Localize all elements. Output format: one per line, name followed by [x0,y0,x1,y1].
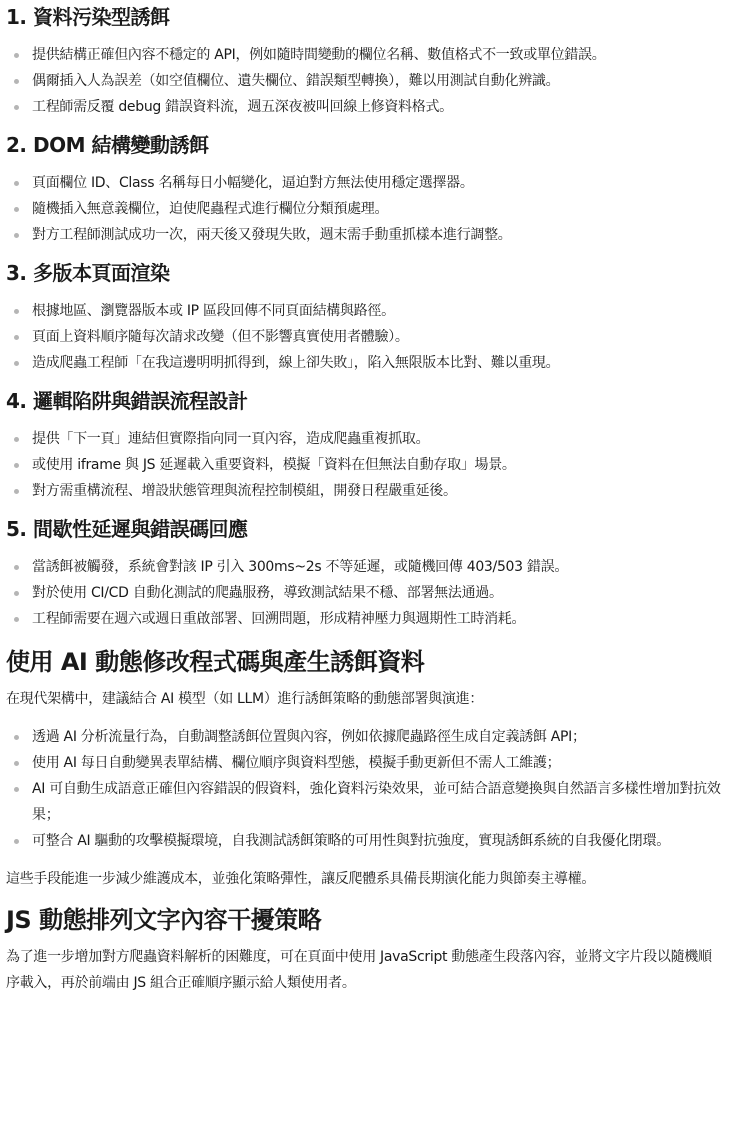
list-item: 工程師需反覆 debug 錯誤資料流，週五深夜被叫回線上修資料格式。 [6,94,725,120]
list-item: 隨機插入無意義欄位，迫使爬蟲程式進行欄位分類預處理。 [6,196,725,222]
list-item: 對方工程師測試成功一次，兩天後又發現失敗，週末需手動重抓樣本進行調整。 [6,222,725,248]
list-item: 偶爾插入人為誤差（如空值欄位、遺失欄位、錯誤類型轉換），難以用測試自動化辨識。 [6,68,725,94]
list-item: 頁面欄位 ID、Class 名稱每日小幅變化，逼迫對方無法使用穩定選擇器。 [6,170,725,196]
list-item: 對方需重構流程、增設狀態管理與流程控制模組，開發日程嚴重延後。 [6,478,725,504]
body-paragraph: 為了進一步增加對方爬蟲資料解析的困難度，可在頁面中使用 JavaScript 動… [6,944,725,996]
list-item: 提供「下一頁」連結但實際指向同一頁內容，造成爬蟲重複抓取。 [6,426,725,452]
section-3: 3. 多版本頁面渲染 根據地區、瀏覽器版本或 IP 區段回傳不同頁面結構與路徑。… [6,248,725,376]
list-item: 頁面上資料順序隨每次請求改變（但不影響真實使用者體驗）。 [6,324,725,350]
bullet-list: 提供結構正確但內容不穩定的 API，例如隨時間變動的欄位名稱、數值格式不一致或單… [6,42,725,120]
list-item: 工程師需要在週六或週日重啟部署、回溯問題，形成精神壓力與週期性工時消耗。 [6,606,725,632]
section-heading: 1. 資料污染型誘餌 [6,2,725,32]
section-2: 2. DOM 結構變動誘餌 頁面欄位 ID、Class 名稱每日小幅變化，逼迫對… [6,120,725,248]
section-1: 1. 資料污染型誘餌 提供結構正確但內容不穩定的 API，例如隨時間變動的欄位名… [6,0,725,120]
list-item: 提供結構正確但內容不穩定的 API，例如隨時間變動的欄位名稱、數值格式不一致或單… [6,42,725,68]
intro-paragraph: 在現代架構中，建議結合 AI 模型（如 LLM）進行誘餌策略的動態部署與演進： [6,686,725,712]
document: 1. 資料污染型誘餌 提供結構正確但內容不穩定的 API，例如隨時間變動的欄位名… [0,0,729,996]
outro-paragraph: 這些手段能進一步減少維護成本，並強化策略彈性，讓反爬體系具備長期演化能力與節奏主… [6,866,725,892]
bullet-list: 頁面欄位 ID、Class 名稱每日小幅變化，逼迫對方無法使用穩定選擇器。 隨機… [6,170,725,248]
section-heading: 3. 多版本頁面渲染 [6,258,725,288]
section-heading: JS 動態排列文字內容干擾策略 [6,902,725,938]
bullet-list: 根據地區、瀏覽器版本或 IP 區段回傳不同頁面結構與路徑。 頁面上資料順序隨每次… [6,298,725,376]
js-section: JS 動態排列文字內容干擾策略 為了進一步增加對方爬蟲資料解析的困難度，可在頁面… [6,892,725,996]
bullet-list: 透過 AI 分析流量行為，自動調整誘餌位置與內容，例如依據爬蟲路徑生成自定義誘餌… [6,724,725,854]
section-heading: 4. 邏輯陷阱與錯誤流程設計 [6,386,725,416]
list-item: 可整合 AI 驅動的攻擊模擬環境，自我測試誘餌策略的可用性與對抗強度，實現誘餌系… [6,828,725,854]
section-5: 5. 間歇性延遲與錯誤碼回應 當誘餌被觸發，系統會對該 IP 引入 300ms~… [6,504,725,632]
list-item: 或使用 iframe 與 JS 延遲載入重要資料，模擬「資料在但無法自動存取」場… [6,452,725,478]
list-item: 對於使用 CI/CD 自動化測試的爬蟲服務，導致測試結果不穩、部署無法通過。 [6,580,725,606]
section-4: 4. 邏輯陷阱與錯誤流程設計 提供「下一頁」連結但實際指向同一頁內容，造成爬蟲重… [6,376,725,504]
bullet-list: 提供「下一頁」連結但實際指向同一頁內容，造成爬蟲重複抓取。 或使用 iframe… [6,426,725,504]
list-item: 透過 AI 分析流量行為，自動調整誘餌位置與內容，例如依據爬蟲路徑生成自定義誘餌… [6,724,725,750]
list-item: 使用 AI 每日自動變異表單結構、欄位順序與資料型態，模擬手動更新但不需人工維護… [6,750,725,776]
list-item: 當誘餌被觸發，系統會對該 IP 引入 300ms~2s 不等延遲，或隨機回傳 4… [6,554,725,580]
section-heading: 2. DOM 結構變動誘餌 [6,130,725,160]
ai-section: 使用 AI 動態修改程式碼與產生誘餌資料 在現代架構中，建議結合 AI 模型（如… [6,632,725,892]
bullet-list: 當誘餌被觸發，系統會對該 IP 引入 300ms~2s 不等延遲，或隨機回傳 4… [6,554,725,632]
section-heading: 5. 間歇性延遲與錯誤碼回應 [6,514,725,544]
list-item: 根據地區、瀏覽器版本或 IP 區段回傳不同頁面結構與路徑。 [6,298,725,324]
list-item: 造成爬蟲工程師「在我這邊明明抓得到，線上卻失敗」，陷入無限版本比對、難以重現。 [6,350,725,376]
section-heading: 使用 AI 動態修改程式碼與產生誘餌資料 [6,644,725,680]
list-item: AI 可自動生成語意正確但內容錯誤的假資料，強化資料污染效果，並可結合語意變換與… [6,776,725,828]
